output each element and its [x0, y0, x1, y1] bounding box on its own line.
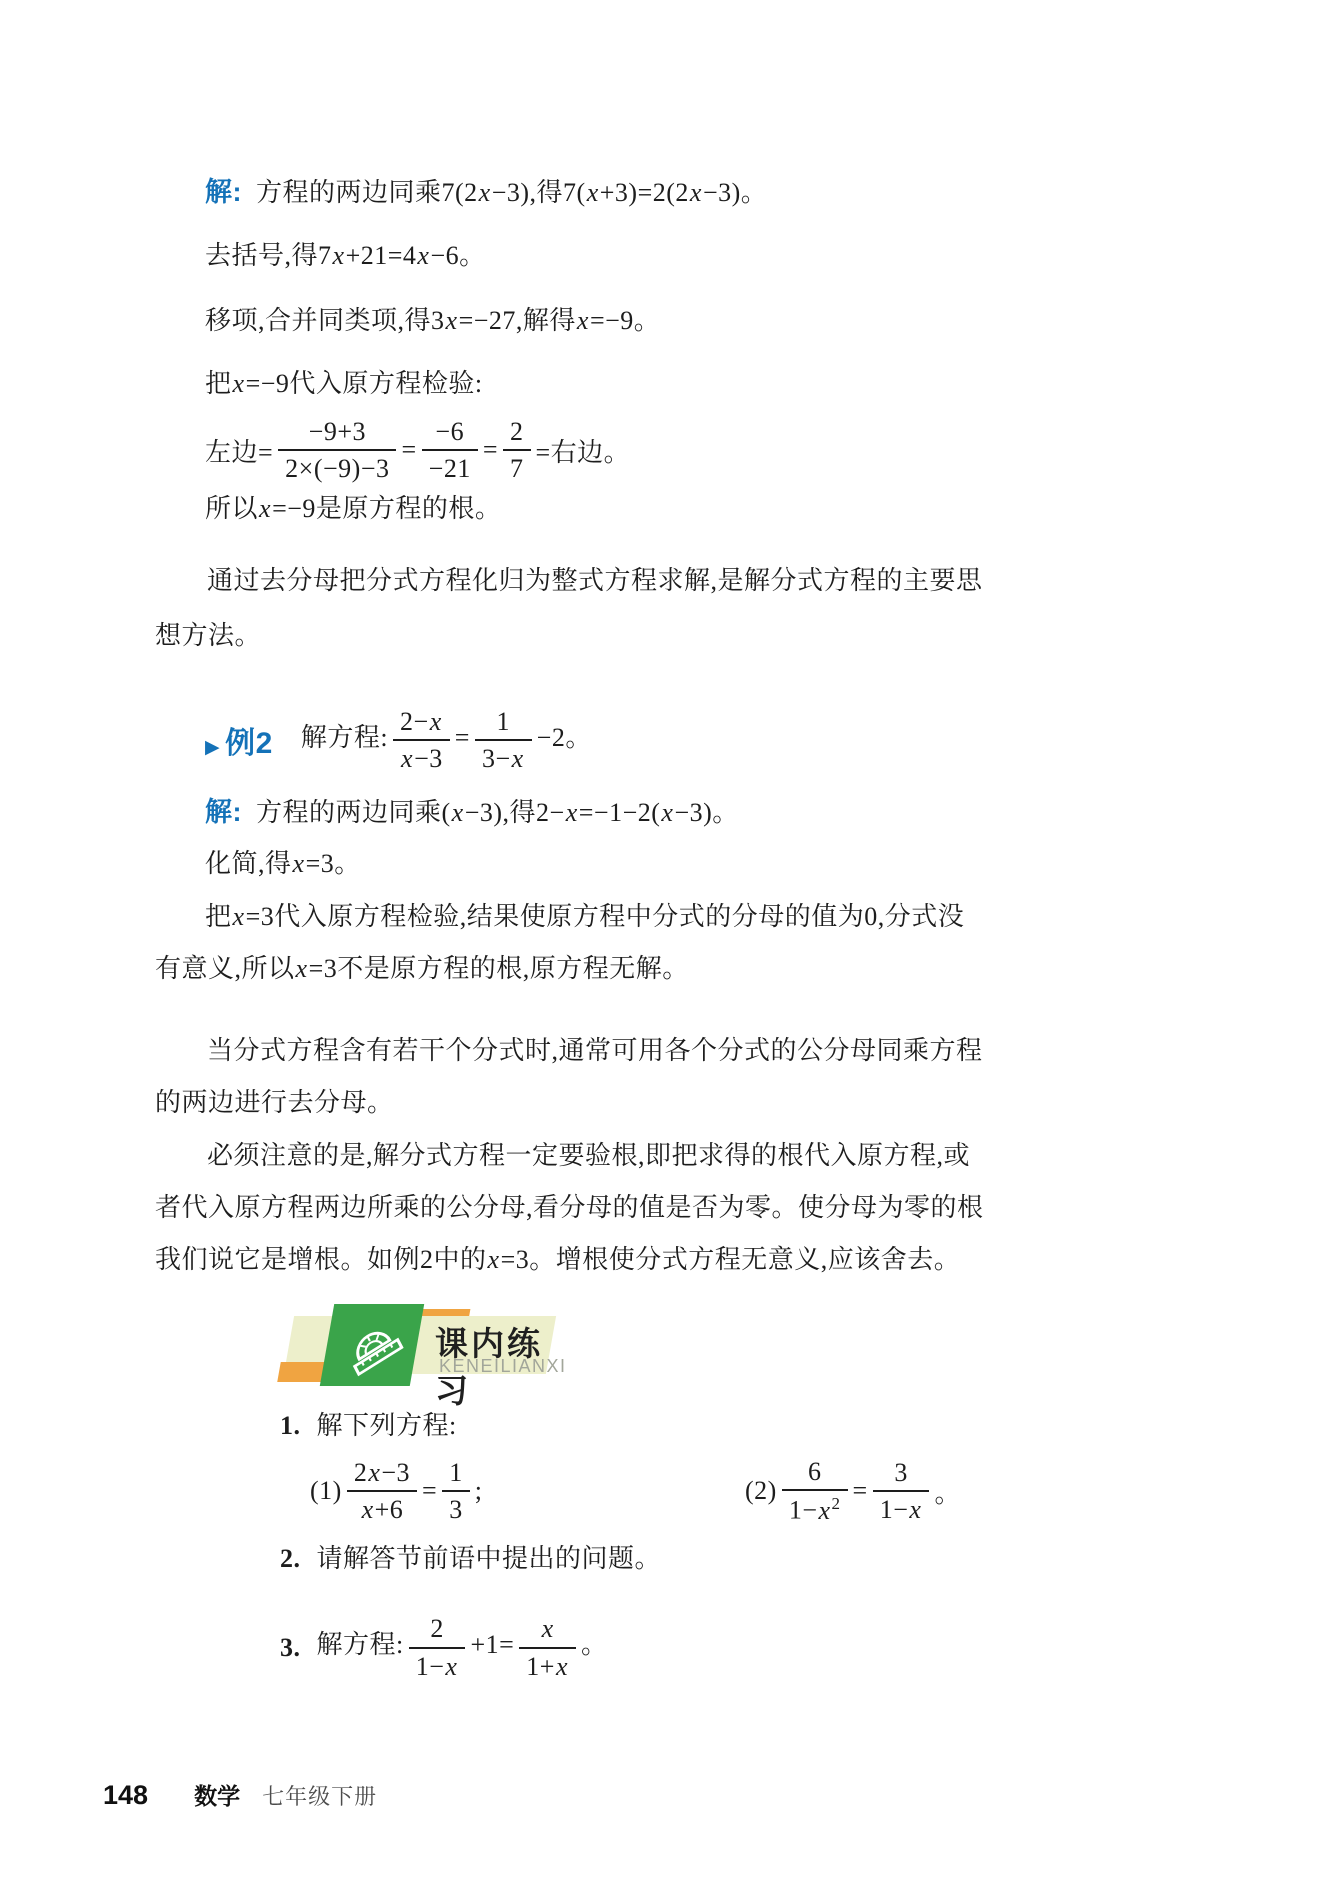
paragraph-check-line2: 者代入原方程两边所乘的公分母,看分母的值是否为零。使分母为零的根 [155, 1187, 984, 1224]
solution2-line2: 化简,得x=3。 [205, 843, 361, 880]
exercise1-text: 解下列方程: [317, 1411, 457, 1440]
exercise2-label: 2.请解答节前语中提出的问题。 [280, 1538, 661, 1575]
example2-marker: ▶例2 [205, 718, 273, 762]
practice-badge-subtitle: KENEILIANXI [439, 1356, 567, 1377]
exercise3-line: 3. 解方程:21−x+1=x1+x。 [280, 1600, 608, 1695]
solution2-check-line1: 把x=3代入原方程检验,结果使原方程中分式的分母的值为0,分式没 [205, 896, 964, 933]
page-footer: 148 数学 七年级下册 [103, 1778, 377, 1811]
solution1-line3: 移项,合并同类项,得3x=−27,解得x=−9。 [205, 300, 660, 337]
solution1-line1: 解:方程的两边同乘7(2x−3),得7(x+3)=2(2x−3)。 [205, 170, 767, 209]
solve-label: 解: [205, 797, 242, 827]
solution2-check-line2: 有意义,所以x=3不是原方程的根,原方程无解。 [155, 948, 689, 985]
exercise3-number: 3. [280, 1633, 301, 1663]
footer-volume: 七年级下册 [262, 1780, 377, 1811]
solution1-conclusion: 所以x=−9是原方程的根。 [205, 488, 501, 525]
exercise1-label: 1.解下列方程: [280, 1405, 457, 1442]
paragraph-lcd-line1: 当分式方程含有若干个分式时,通常可用各个分式的公分母同乘方程 [207, 1030, 983, 1067]
exercise2-text: 请解答节前语中提出的问题。 [317, 1544, 662, 1573]
solution1-line4: 把x=−9代入原方程检验: [205, 363, 483, 400]
solve-label: 解: [205, 177, 242, 207]
exercise1-item1: (1) 2x−3x+6=13; [310, 1445, 482, 1537]
exercise2-number: 2. [280, 1544, 301, 1573]
page-number: 148 [103, 1780, 148, 1811]
exercise1-item2: (2) 61−x2=31−x。 [745, 1445, 961, 1537]
paragraph-method-line2: 想方法。 [155, 615, 261, 652]
solution1-line2: 去括号,得7x+21=4x−6。 [205, 235, 486, 272]
exercise3-math: 解方程:21−x+1=x1+x。 [317, 1614, 608, 1680]
example2-equation: 解方程:2−xx−3=13−x−2。 [301, 707, 592, 773]
solution2-line1-math: 方程的两边同乘(x−3),得2−x=−1−2(x−3)。 [256, 798, 739, 827]
footer-subject: 数学 [194, 1778, 240, 1811]
example2-label: 例2 [225, 727, 273, 760]
paragraph-method-line1: 通过去分母把分式方程化归为整式方程求解,是解分式方程的主要思 [207, 560, 983, 597]
solution1-line1-math: 方程的两边同乘7(2x−3),得7(x+3)=2(2x−3)。 [256, 178, 767, 207]
triangle-right-icon: ▶ [205, 737, 220, 758]
paragraph-check-line1: 必须注意的是,解分式方程一定要验根,即把求得的根代入原方程,或 [207, 1135, 970, 1172]
paragraph-check-line3: 我们说它是增根。如例2中的x=3。增根使分式方程无意义,应该舍去。 [155, 1239, 960, 1276]
practice-section-badge: 课内练习 KENEILIANXI [283, 1304, 569, 1388]
badge-green-panel [320, 1304, 424, 1386]
solution2-line1: 解:方程的两边同乘(x−3),得2−x=−1−2(x−3)。 [205, 790, 739, 829]
exercise1-number: 1. [280, 1411, 301, 1440]
protractor-ruler-icon [334, 1313, 409, 1377]
paragraph-lcd-line2: 的两边进行去分母。 [155, 1082, 394, 1119]
solution1-check-equation: 左边=−9+32×(−9)−3=−6−21=27=右边。 [205, 400, 630, 500]
example2-heading: ▶例2 解方程:2−xx−3=13−x−2。 [205, 690, 592, 790]
